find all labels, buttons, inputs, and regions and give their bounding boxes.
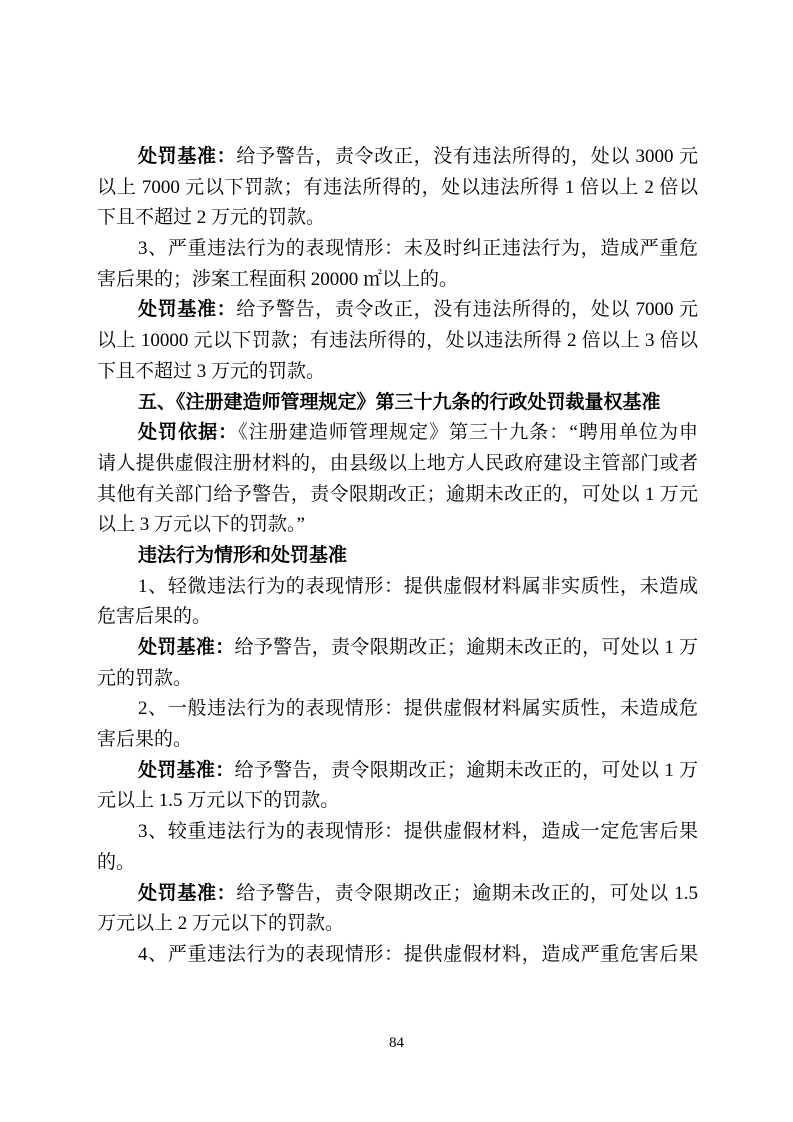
text-line: 万元以上 2 万元以下的罚款。: [97, 909, 698, 940]
page-content: 处罚基准：给予警告，责令改正，没有违法所得的，处以 3000 元 以上 7000…: [97, 142, 698, 971]
line-text: 请人提供虚假注册材料的，由县级以上地方人民政府建设主管部门或者: [97, 453, 698, 474]
bold-lead: 处罚基准：: [138, 637, 235, 658]
line-text: 害后果的。: [97, 729, 192, 750]
text-line: 元以上 1.5 万元以下的罚款。: [97, 786, 698, 817]
text-line: 请人提供虚假注册材料的，由县级以上地方人民政府建设主管部门或者: [97, 449, 698, 480]
text-line: 3、较重违法行为的表现情形：提供虚假材料，造成一定危害后果: [97, 817, 698, 848]
line-text: 万元以上 2 万元以下的罚款。: [97, 913, 344, 934]
page-number: 84: [0, 1035, 793, 1052]
text-line: 4、严重违法行为的表现情形：提供虚假材料，造成严重危害后果: [97, 940, 698, 971]
line-text: 给予警告，责令限期改正；逾期未改正的，可处以 1 万: [235, 637, 698, 658]
text-line: 害后果的。: [97, 725, 698, 756]
line-text: 给予警告，责令限期改正；逾期未改正的，可处以 1 万: [235, 760, 698, 781]
line-text: 以上 3 万元以下的罚款。”: [97, 514, 305, 535]
line-text: 下且不超过 2 万元的罚款。: [97, 207, 325, 228]
text-line: 危害后果的。: [97, 602, 698, 633]
line-text: 4、严重违法行为的表现情形：提供虚假材料，造成严重危害后果: [138, 944, 698, 965]
text-line: 下且不超过 3 万元的罚款。: [97, 357, 698, 388]
text-line: 处罚基准：给予警告，责令限期改正；逾期未改正的，可处以 1 万: [97, 756, 698, 787]
line-text: 1、轻微违法行为的表现情形：提供虚假材料属非实质性，未造成: [138, 576, 698, 597]
line-text: 危害后果的。: [97, 606, 211, 627]
text-line: 元的罚款。: [97, 664, 698, 695]
line-text: 3、较重违法行为的表现情形：提供虚假材料，造成一定危害后果: [138, 821, 698, 842]
text-line: 处罚基准：给予警告，责令改正，没有违法所得的，处以 7000 元: [97, 295, 698, 326]
line-text: 下且不超过 3 万元的罚款。: [97, 361, 325, 382]
line-text: 元以上 1.5 万元以下的罚款。: [97, 790, 339, 811]
text-line: 2、一般违法行为的表现情形：提供虚假材料属实质性，未造成危: [97, 694, 698, 725]
heading-text: 违法行为情形和处罚基准: [138, 545, 347, 566]
text-line: 下且不超过 2 万元的罚款。: [97, 203, 698, 234]
line-text: 2、一般违法行为的表现情形：提供虚假材料属实质性，未造成危: [138, 698, 698, 719]
text-line: 以上 7000 元以下罚款；有违法所得的，处以违法所得 1 倍以上 2 倍以: [97, 173, 698, 204]
line-text: 《注册建造师管理规定》第三十九条：“聘用单位为申: [238, 422, 698, 443]
line-text: 害后果的；涉案工程面积 20000 ㎡以上的。: [97, 269, 458, 290]
text-line: 害后果的；涉案工程面积 20000 ㎡以上的。: [97, 265, 698, 296]
text-line: 以上 3 万元以下的罚款。”: [97, 510, 698, 541]
text-line: 处罚基准：给予警告，责令改正，没有违法所得的，处以 3000 元: [97, 142, 698, 173]
text-line: 其他有关部门给予警告，责令限期改正；逾期未改正的，可处以 1 万元: [97, 480, 698, 511]
bold-lead: 处罚基准：: [138, 883, 236, 904]
heading-text: 五、《注册建造师管理规定》第三十九条的行政处罚裁量权基准: [138, 392, 661, 413]
text-line: 3、严重违法行为的表现情形：未及时纠正违法行为，造成严重危: [97, 234, 698, 265]
line-text: 的。: [97, 852, 135, 873]
line-text: 以上 10000 元以下罚款；有违法所得的，处以违法所得 2 倍以上 3 倍以: [97, 330, 698, 351]
line-text: 给予警告，责令限期改正；逾期未改正的，可处以 1.5: [236, 883, 698, 904]
text-line: 1、轻微违法行为的表现情形：提供虚假材料属非实质性，未造成: [97, 572, 698, 603]
line-text: 元的罚款。: [97, 668, 192, 689]
bold-lead: 处罚基准：: [138, 299, 236, 320]
bold-lead: 处罚基准：: [138, 146, 236, 167]
bold-lead: 处罚依据：: [138, 422, 238, 443]
text-line: 处罚依据：《注册建造师管理规定》第三十九条：“聘用单位为申: [97, 418, 698, 449]
text-line: 的。: [97, 848, 698, 879]
text-line: 处罚基准：给予警告，责令限期改正；逾期未改正的，可处以 1 万: [97, 633, 698, 664]
section-heading: 违法行为情形和处罚基准: [97, 541, 698, 572]
text-line: 处罚基准：给予警告，责令限期改正；逾期未改正的，可处以 1.5: [97, 879, 698, 910]
text-line: 以上 10000 元以下罚款；有违法所得的，处以违法所得 2 倍以上 3 倍以: [97, 326, 698, 357]
bold-lead: 处罚基准：: [138, 760, 235, 781]
document-page: 处罚基准：给予警告，责令改正，没有违法所得的，处以 3000 元 以上 7000…: [0, 0, 793, 1122]
section-heading: 五、《注册建造师管理规定》第三十九条的行政处罚裁量权基准: [97, 388, 698, 419]
line-text: 以上 7000 元以下罚款；有违法所得的，处以违法所得 1 倍以上 2 倍以: [97, 177, 698, 198]
line-text: 给予警告，责令改正，没有违法所得的，处以 3000 元: [236, 146, 698, 167]
line-text: 给予警告，责令改正，没有违法所得的，处以 7000 元: [236, 299, 698, 320]
line-text: 3、严重违法行为的表现情形：未及时纠正违法行为，造成严重危: [138, 238, 698, 259]
line-text: 其他有关部门给予警告，责令限期改正；逾期未改正的，可处以 1 万元: [97, 484, 698, 505]
